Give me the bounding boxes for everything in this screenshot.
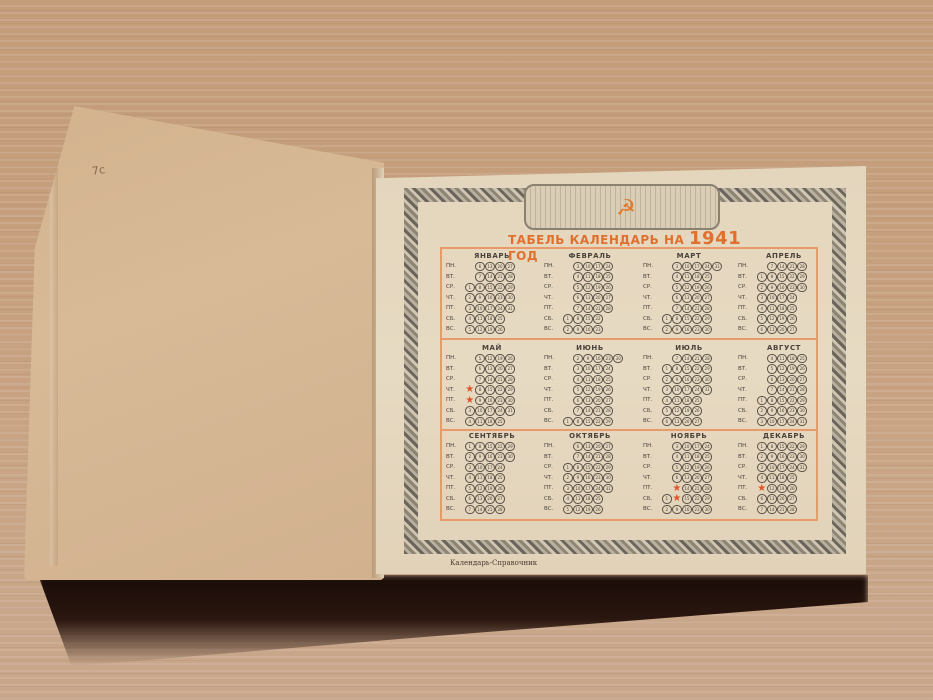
weekday-label: ВС. [738,418,757,424]
day-cell: 11 [573,494,583,504]
day-cell: 20 [692,293,702,303]
holiday-star-icon: ★ [672,494,682,504]
weekday-label: ЧТ. [446,387,465,393]
day-cell: 2 [465,452,475,462]
day-cell: 29 [797,396,807,406]
day-cell: 4 [573,375,583,385]
page-edge [50,166,58,566]
day-cell: 15 [777,442,787,452]
day-cell: 9 [767,283,777,293]
weekday-label: ПТ. [738,485,757,491]
weekday-row: ВС.5121926 [544,504,636,515]
weekday-label: ВС. [446,418,465,424]
day-cell: 19 [593,385,603,395]
day-cell: 20 [485,494,495,504]
day-cell [613,385,623,395]
weekday-row: СБ.29162330 [738,406,830,417]
weekday-row: ПН.18152229 [738,441,830,452]
weekday-label: СБ. [446,316,465,322]
day-cell: 13 [767,494,777,504]
day-cell: 30 [702,505,712,515]
day-cell: 17 [777,417,787,427]
day-cell: 31 [712,262,722,272]
day-cell: 1 [563,463,573,473]
day-cell: 5 [767,364,777,374]
day-cell: 3 [757,417,767,427]
day-cell: 28 [702,304,712,314]
day-cell: 4 [573,272,583,282]
day-cell: 10 [672,385,682,395]
weekday-label: СБ. [738,496,757,502]
day-cell: 8 [573,417,583,427]
day-cell: 12 [672,406,682,416]
weekday-label: ВС. [738,506,757,512]
day-cell: 14 [682,354,692,364]
day-cell: 21 [787,385,797,395]
day-cell: 20 [692,473,702,483]
weekday-label: СБ. [738,408,757,414]
day-cell: 8 [573,463,583,473]
day-cell: 12 [777,364,787,374]
day-cell: 2 [662,325,672,335]
day-cell: 20 [593,442,603,452]
weekday-label: ВТ. [544,366,563,372]
weekday-row: СР.5121926 [544,282,636,293]
day-cell: 20 [593,396,603,406]
day-cell: 7 [573,304,583,314]
day-cell: 28 [505,272,515,282]
day-cell [662,442,672,452]
day-cell [563,293,573,303]
day-cell: 18 [583,494,593,504]
day-cell: 4 [465,473,475,483]
weekday-row: ВТ.18152229 [738,272,830,283]
day-cell: 29 [505,442,515,452]
day-cell: 18 [485,473,495,483]
weekday-row: ВС.7142128 [446,504,538,515]
weekday-label: ВС. [544,418,563,424]
day-cell: 7 [767,385,777,395]
day-cell: 24 [603,262,613,272]
weekday-row: СБ.310172431 [446,406,538,417]
day-cell: 11 [475,314,485,324]
month-block: НОЯБРЬПН.3101724ВТ.4111825СР.5121926ЧТ.6… [643,432,735,518]
day-cell: 23 [593,325,603,335]
day-cell [603,325,613,335]
title-prefix: ТАБЕЛЬ КАЛЕНДАРЬ НА [508,233,689,247]
day-cell: 9 [475,452,485,462]
day-cell: 15 [682,494,692,504]
day-cell: 21 [495,375,505,385]
weekday-label: СР. [446,376,465,382]
day-cell: 21 [692,304,702,314]
day-cell: 10 [475,406,485,416]
weekday-label: СР. [643,464,662,470]
weekday-label: ВТ. [738,454,757,460]
day-cell: 12 [767,484,777,494]
day-cell: 6 [573,396,583,406]
day-cell: 20 [682,417,692,427]
weekday-label: СР. [643,376,662,382]
day-cell: 1 [757,396,767,406]
day-cell: 15 [583,463,593,473]
month-name: НОЯБРЬ [643,432,735,441]
weekday-label: ВС. [446,326,465,332]
day-cell: 2 [465,293,475,303]
weekday-row: ПТ.310172431 [544,483,636,494]
weekday-row: ВТ.5121926 [738,364,830,375]
weekday-label: ПТ. [446,305,465,311]
day-cell: 16 [777,452,787,462]
day-cell: 20 [777,494,787,504]
weekday-row: ВС.291623 [544,324,636,335]
day-cell: 27 [505,262,515,272]
weekday-row: ПТ.6132027 [544,395,636,406]
day-cell: 14 [583,452,593,462]
day-cell: 26 [787,314,797,324]
weekday-label: ВТ. [738,366,757,372]
day-cell: 31 [505,304,515,314]
day-cell: 4 [757,473,767,483]
day-cell: 29 [797,272,807,282]
day-cell: 31 [505,406,515,416]
day-cell: 9 [475,293,485,303]
weekday-row: СБ.18152229 [643,314,735,325]
day-cell: 25 [702,452,712,462]
day-cell: 19 [593,283,603,293]
day-cell [465,272,475,282]
day-cell: 17 [692,442,702,452]
day-cell: 23 [495,293,505,303]
day-cell: 10 [767,293,777,303]
day-cell [563,262,573,272]
day-cell: 30 [505,293,515,303]
weekday-row: ВТ.18152229 [643,364,735,375]
weekday-row: ПН.3101724 [643,441,735,452]
weekday-row: ВС.29162330 [643,324,735,335]
weekday-row: ЧТ.310172431 [643,385,735,396]
day-cell: 25 [603,375,613,385]
day-cell [563,375,573,385]
weekday-row: ПТ.★121926 [738,483,830,494]
day-cell: 10 [475,463,485,473]
day-cell: 7 [573,406,583,416]
day-cell [662,473,672,483]
weekday-row: СБ.6132027 [446,494,538,505]
day-cell: 11 [767,304,777,314]
day-cell: 25 [702,272,712,282]
weekday-label: СР. [643,284,662,290]
day-cell [505,463,515,473]
day-cell: 11 [767,473,777,483]
day-cell [757,354,767,364]
day-cell [797,325,807,335]
day-cell [603,505,613,515]
day-cell: 28 [797,385,807,395]
day-cell: 9 [583,354,593,364]
day-cell: 21 [485,505,495,515]
day-cell: 25 [692,396,702,406]
day-cell: 25 [603,272,613,282]
day-cell [563,452,573,462]
weekday-label: ЧТ. [738,387,757,393]
day-cell: 15 [485,385,495,395]
weekday-label: ВС. [544,326,563,332]
hammer-and-sickle-icon: ☭ [612,194,640,224]
weekday-row: ЧТ.6132027 [643,473,735,484]
weekday-label: ЧТ. [544,387,563,393]
day-cell: 9 [672,375,682,385]
day-cell: 19 [787,364,797,374]
weekday-row: СР.5121926 [643,462,735,473]
day-cell: 17 [593,364,603,374]
day-cell: 28 [505,375,515,385]
day-cell: 28 [797,262,807,272]
weekday-label: ЧТ. [446,475,465,481]
month-name: ОКТЯБРЬ [544,432,636,441]
day-cell: 10 [682,262,692,272]
day-cell: 11 [682,452,692,462]
day-cell: 18 [777,473,787,483]
day-cell [662,262,672,272]
day-cell: 24 [495,406,505,416]
day-cell: 3 [757,463,767,473]
weekday-label: СБ. [643,496,662,502]
day-cell: 30 [505,452,515,462]
day-cell: 21 [777,505,787,515]
day-cell: 3 [573,364,583,374]
day-cell: 6 [475,364,485,374]
day-cell: 15 [682,314,692,324]
day-cell [662,452,672,462]
holiday-star-icon: ★ [757,484,767,494]
day-cell: 10 [475,304,485,314]
weekday-label: ЧТ. [738,295,757,301]
weekday-label: ВТ. [643,454,662,460]
month-name: АВГУСТ [738,344,830,353]
day-cell: 20 [777,325,787,335]
day-cell: 18 [777,304,787,314]
weekday-label: ПН. [643,443,662,449]
day-cell: 14 [777,385,787,395]
day-cell: 22 [692,494,702,504]
month-block: ИЮЛЬПН.7142128ВТ.18152229СР.29162330ЧТ.3… [643,344,735,430]
day-cell: 23 [495,452,505,462]
weekday-row: ПТ.4111825 [643,395,735,406]
day-cell: 17 [485,304,495,314]
day-cell: 11 [583,375,593,385]
day-cell [505,473,515,483]
day-cell: 23 [603,354,613,364]
weekday-label: ЧТ. [446,295,465,301]
weekday-row: ПН.6132027 [446,261,538,272]
day-cell: 16 [777,406,787,416]
day-cell: 14 [485,375,495,385]
day-cell [563,272,573,282]
day-cell: 15 [777,272,787,282]
day-cell: 12 [767,314,777,324]
weekday-row: СБ.4111825 [446,314,538,325]
month-block: МАРТПН.310172431ВТ.4111825СР.5121926ЧТ.6… [643,252,735,338]
day-cell: 13 [583,442,593,452]
weekday-row: ВТ.29162330 [738,452,830,463]
day-cell [712,283,722,293]
day-cell: 1 [662,494,672,504]
day-cell [563,396,573,406]
weekday-label: ПТ. [446,397,465,403]
day-cell [662,293,672,303]
day-cell: 19 [777,484,787,494]
weekday-label: СБ. [643,316,662,322]
weekday-label: ПТ. [643,305,662,311]
day-cell: 19 [692,283,702,293]
day-cell: 30 [603,473,613,483]
day-cell: 27 [603,293,613,303]
weekday-row: ЧТ.★8152229 [446,385,538,396]
weekday-label: ЧТ. [544,475,563,481]
month-name: МАЙ [446,344,538,353]
weekday-label: ПН. [738,443,757,449]
day-cell: 6 [672,293,682,303]
day-cell [662,283,672,293]
day-cell: 12 [583,283,593,293]
day-cell: 26 [702,283,712,293]
day-cell [662,484,672,494]
day-cell: 1 [757,272,767,282]
day-cell: 30 [797,452,807,462]
day-cell [505,484,515,494]
weekday-row: ВТ.29162330 [446,452,538,463]
month-block: МАЙПН.5121926ВТ.6132027СР.7142128ЧТ.★815… [446,344,538,430]
day-cell [563,385,573,395]
day-cell: 13 [777,375,787,385]
day-cell: 3 [563,484,573,494]
day-cell: 10 [767,417,777,427]
day-cell [563,364,573,374]
day-cell: 12 [475,325,485,335]
weekday-row: ЧТ.3101724 [738,293,830,304]
weekday-row: ЧТ.29162330 [544,473,636,484]
weekday-label: ЧТ. [643,295,662,301]
day-cell: 29 [505,385,515,395]
day-cell: 3 [573,262,583,272]
day-cell: 4 [672,272,682,282]
day-cell: 4 [767,354,777,364]
day-cell: 19 [485,484,495,494]
day-cell: 20 [593,293,603,303]
day-cell: 16 [593,354,603,364]
weekday-label: ПН. [738,355,757,361]
weekday-row: ВТ.7142128 [544,452,636,463]
day-cell: 18 [593,272,603,282]
weekday-label: ПН. [544,443,563,449]
weekday-row: ЧТ.6132027 [544,293,636,304]
day-cell: 16 [485,293,495,303]
day-cell: 17 [682,385,692,395]
day-cell: 1 [662,314,672,324]
weekday-row: ВС.4111825 [446,416,538,427]
day-cell: 27 [702,293,712,303]
day-cell: 24 [787,293,797,303]
holiday-star-icon: ★ [465,396,475,406]
day-cell: 16 [485,396,495,406]
day-cell: 16 [583,325,593,335]
day-cell: 27 [702,473,712,483]
day-cell: 14 [475,505,485,515]
month-name: МАРТ [643,252,735,261]
weekday-row: ВС.5121926 [446,324,538,335]
weekday-label: СР. [446,284,465,290]
day-cell [465,364,475,374]
day-cell [603,314,613,324]
day-cell: 18 [593,375,603,385]
day-cell: 20 [495,262,505,272]
weekday-label: СБ. [544,496,563,502]
day-cell: 3 [672,262,682,272]
day-cell: 28 [603,304,613,314]
day-cell: 23 [692,375,702,385]
day-cell: 5 [475,354,485,364]
month-name: ИЮЛЬ [643,344,735,353]
day-cell: 19 [692,463,702,473]
day-cell: 27 [797,375,807,385]
day-cell: 1 [757,442,767,452]
day-cell: 9 [672,325,682,335]
weekday-label: ВС. [643,506,662,512]
day-cell: 16 [777,283,787,293]
day-cell: 22 [787,442,797,452]
day-cell: 28 [702,354,712,364]
day-cell [662,272,672,282]
day-cell: 26 [702,463,712,473]
day-cell: 22 [495,442,505,452]
day-cell: 11 [682,272,692,282]
day-cell: 17 [777,293,787,303]
day-cell: 21 [495,272,505,282]
day-cell: 8 [573,314,583,324]
weekday-row: ПТ.5121926 [446,483,538,494]
day-cell: 17 [692,262,702,272]
month-name: СЕНТЯБРЬ [446,432,538,441]
day-cell [662,304,672,314]
weekday-row: ПТ.7142128 [544,303,636,314]
day-cell: 12 [485,354,495,364]
day-cell: 21 [593,406,603,416]
day-cell [757,375,767,385]
weekday-row: ЧТ.6132027 [643,293,735,304]
weekday-row: ПТ.7142128 [643,303,735,314]
day-cell: 23 [787,283,797,293]
day-cell: 10 [767,463,777,473]
day-cell: 8 [475,283,485,293]
weekday-row: ВС.6132027 [738,324,830,335]
day-cell [797,304,807,314]
weekday-label: ПТ. [643,397,662,403]
weekday-row: ВТ.3101724 [544,364,636,375]
day-cell: 18 [692,452,702,462]
weekday-row: ВТ.7142128 [446,272,538,283]
weekday-label: ПТ. [738,397,757,403]
month-block: ФЕВРАЛЬПН.3101724ВТ.4111825СР.5121926ЧТ.… [544,252,636,338]
weekday-row: СБ.5121926 [738,314,830,325]
day-cell: 2 [757,283,767,293]
weekday-row: ПН.310172431 [643,261,735,272]
day-cell [505,505,515,515]
weekday-label: ВТ. [643,274,662,280]
day-cell [465,354,475,364]
holiday-star-icon: ★ [465,385,475,395]
day-cell [603,494,613,504]
